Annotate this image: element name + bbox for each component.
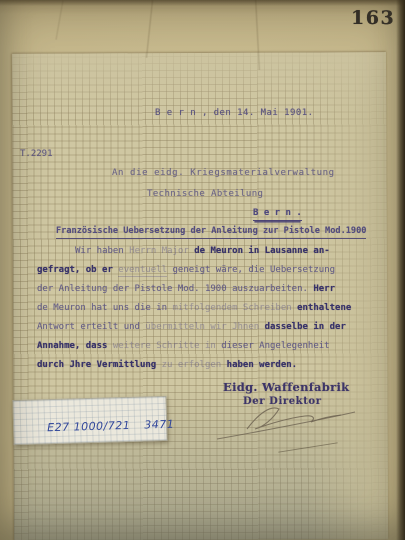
archive-label-fond: E27 1000/721 xyxy=(47,419,130,434)
photo-edge-shadow xyxy=(396,0,405,540)
director-signature xyxy=(213,401,359,445)
date-line: B e r n , den 14. Mai 1901. xyxy=(155,108,313,118)
body-text-segment: haben werden. xyxy=(227,360,297,370)
body-text-segment: Antwort erteilt und xyxy=(37,322,145,332)
document-photo: 163 B e r n , den 14. Mai 1901. T.2291 A… xyxy=(0,0,405,540)
body-text-segment: der Anleitung der Pistole Mod. 1900 ausz… xyxy=(37,284,313,294)
body-text-segment: weitere Schritte in xyxy=(113,341,221,351)
paper-crease xyxy=(145,0,154,58)
archive-label-dossier: 3471 xyxy=(144,418,174,432)
body-line: Antwort erteilt und übermitteln wir Jhne… xyxy=(37,318,367,337)
body-text-segment: Wir haben xyxy=(75,246,129,256)
body-line: Annahme, dass weitere Schritte in dieser… xyxy=(37,337,367,356)
body-line: gefragt, ob er eventuell geneigt wäre, d… xyxy=(37,261,367,280)
body-text-segment: Herr xyxy=(313,284,335,294)
folio-number: 163 xyxy=(351,7,395,29)
body-text-segment: eventuell xyxy=(118,265,167,277)
body-text-segment: übermitteln wir Jhnen xyxy=(145,322,264,332)
body-text-segment: Annahme, dass xyxy=(37,341,113,351)
body-text-segment: gefragt, ob er xyxy=(37,265,118,275)
body-line: der Anleitung der Pistole Mod. 1900 ausz… xyxy=(37,280,367,299)
body-text-segment: Herrn Major xyxy=(129,246,194,256)
body-text-segment: durch Jhre Vermittlung xyxy=(37,360,162,370)
body-text-segment: dasselbe in der xyxy=(265,322,346,332)
photo-edge-shadow xyxy=(0,0,405,6)
subject-line: Französische Uebersetzung der Anleitung … xyxy=(56,226,366,239)
body-text-segment: mitfolgendem Schreiben xyxy=(172,303,297,313)
reference-number: T.2291 xyxy=(20,149,53,159)
body-text-segment: de Meuron in Lausanne an- xyxy=(194,246,329,256)
body-text-segment: geneigt wäre, die Uebersetzung xyxy=(167,265,335,275)
letter-body: Wir haben Herrn Major de Meuron in Lausa… xyxy=(37,242,367,375)
body-line: de Meuron hat uns die in mitfolgendem Sc… xyxy=(37,299,367,318)
archive-label: E27 1000/7213471 xyxy=(12,396,167,445)
stamp-organisation: Eidg. Waffenfabrik xyxy=(223,380,349,394)
body-text-segment: zu erfolgen xyxy=(162,360,227,370)
archive-label-text: E27 1000/7213471 xyxy=(23,405,175,448)
body-line: durch Jhre Vermittlung zu erfolgen haben… xyxy=(37,356,367,375)
body-text-segment: dieser Angelegenheit xyxy=(221,341,329,351)
body-text-segment: enthaltene xyxy=(297,303,351,313)
recipient-city: B e r n . xyxy=(253,208,302,221)
recipient-line-2: Technische Abteilung xyxy=(147,189,263,199)
body-text-segment: de Meuron hat uns die in xyxy=(37,303,172,313)
recipient-line-1: An die eidg. Kriegsmaterialverwaltung xyxy=(112,168,335,178)
body-line: Wir haben Herrn Major de Meuron in Lausa… xyxy=(37,242,367,261)
paper-crease xyxy=(55,0,65,40)
